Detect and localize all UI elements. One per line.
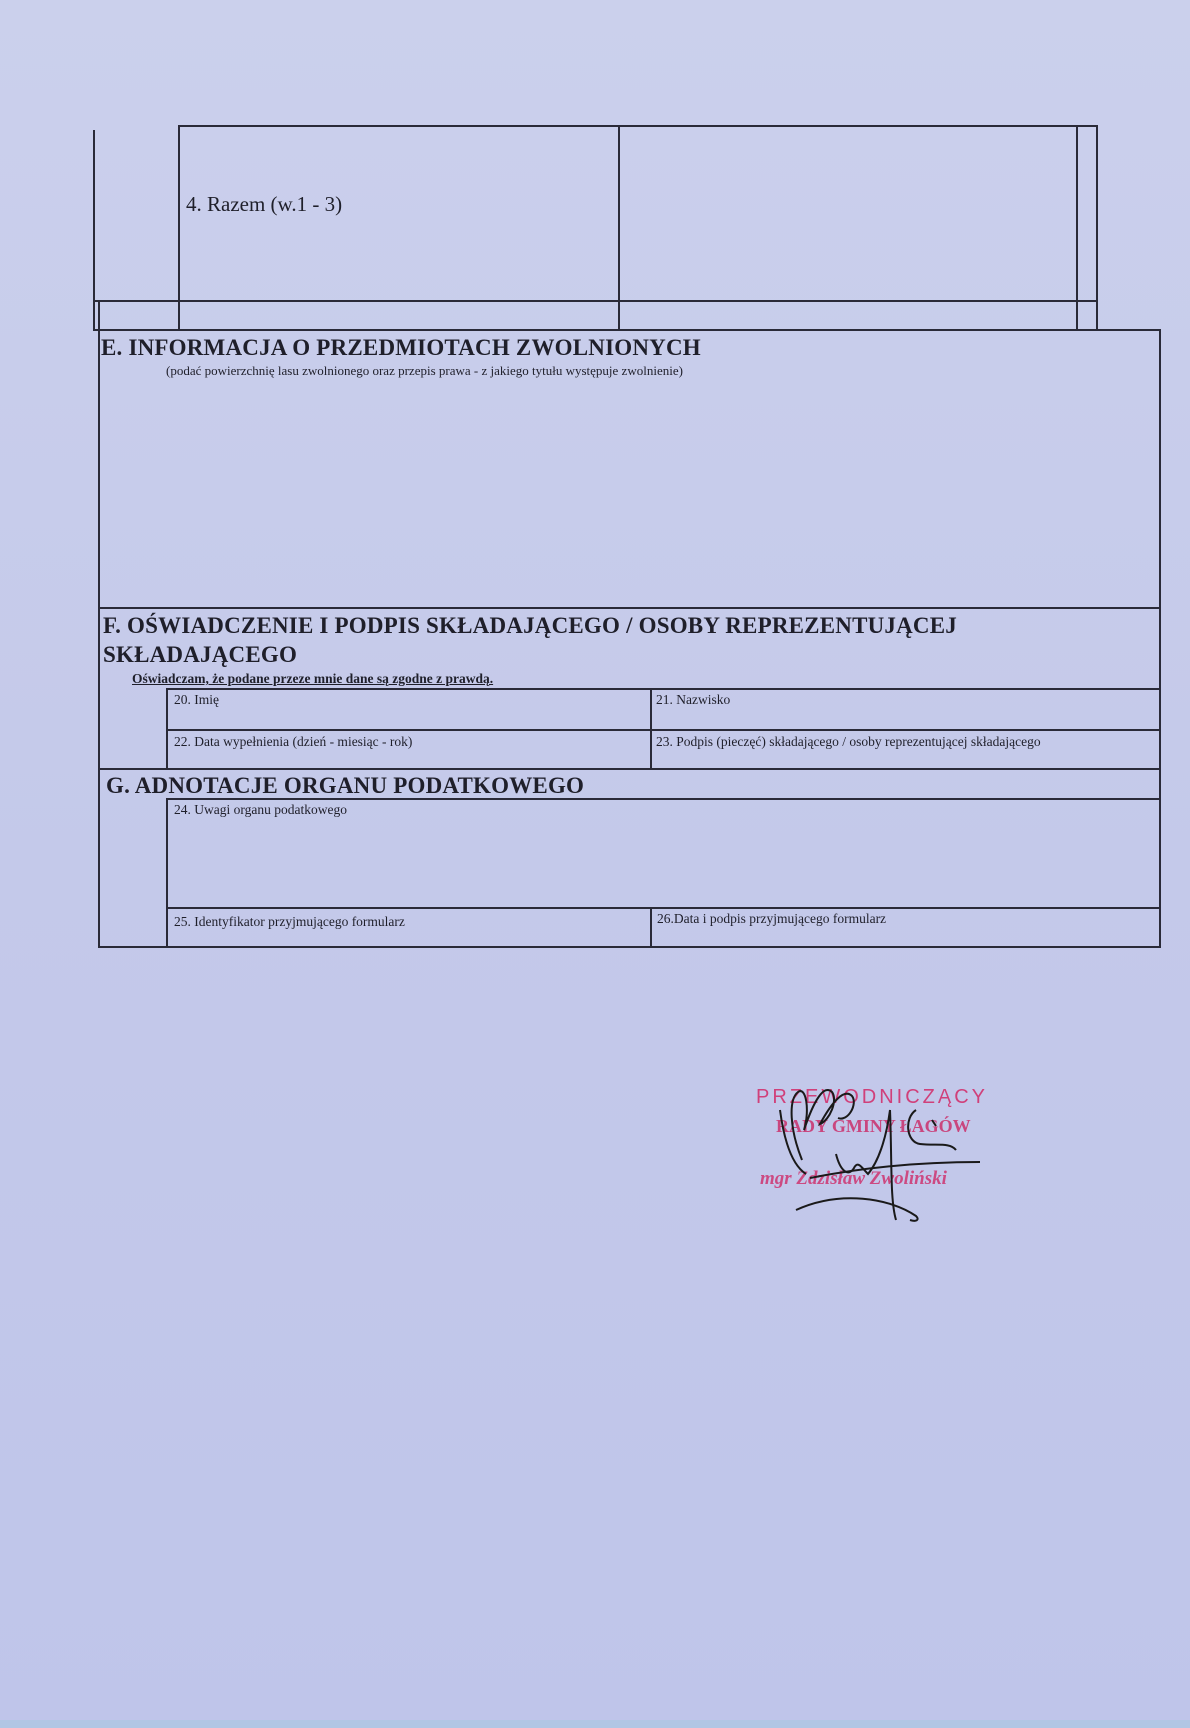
section-e-subtitle: (podać powierzchnię lasu zwolnionego ora… <box>166 363 683 379</box>
table-border <box>93 300 1098 302</box>
section-e-input-area[interactable] <box>104 385 1154 605</box>
section-g-title: G. ADNOTACJE ORGANU PODATKOWEGO <box>106 773 584 799</box>
section-f-title-line2: SKŁADAJĄCEGO <box>103 642 297 668</box>
field-imie[interactable]: 20. Imię <box>168 690 648 728</box>
field-nazwisko[interactable]: 21. Nazwisko <box>652 690 1158 728</box>
field-data-wypelnienia[interactable]: 22. Data wypełnienia (dzień - miesiąc - … <box>168 731 648 767</box>
field-uwagi[interactable]: 24. Uwagi organu podatkowego <box>168 800 1158 906</box>
razem-label: 4. Razem (w.1 - 3) <box>186 192 342 217</box>
field-identyfikator[interactable]: 25. Identyfikator przyjmującego formular… <box>168 909 648 945</box>
scan-artifact <box>0 1720 1190 1728</box>
form-border <box>98 768 1161 770</box>
field-podpis-skladajacego[interactable]: 23. Podpis (pieczęć) składającego / osob… <box>652 731 1158 767</box>
table-border <box>178 125 1096 127</box>
field-data-wypelnienia-label: 22. Data wypełnienia (dzień - miesiąc - … <box>174 734 412 750</box>
official-stamp: PRZEWODNICZĄCY RADY GMINY ŁAGÓW mgr Zdzi… <box>740 1070 1040 1230</box>
handwritten-signature-icon <box>740 1070 1040 1230</box>
form-border <box>1159 329 1161 948</box>
form-border <box>98 300 100 948</box>
field-data-podpis-przyjmujacego[interactable]: 26.Data i podpis przyjmującego formularz <box>652 909 1158 945</box>
field-identyfikator-label: 25. Identyfikator przyjmującego formular… <box>174 914 405 930</box>
field-podpis-skladajacego-label: 23. Podpis (pieczęć) składającego / osob… <box>656 734 1041 750</box>
form-border <box>98 946 1161 948</box>
field-nazwisko-label: 21. Nazwisko <box>656 692 730 708</box>
field-imie-label: 20. Imię <box>174 692 219 708</box>
declaration-text: Oświadczam, że podane przeze mnie dane s… <box>132 671 493 687</box>
form-border <box>98 607 1161 609</box>
field-data-podpis-przyjmujacego-label: 26.Data i podpis przyjmującego formularz <box>657 911 886 927</box>
section-f-title-line1: F. OŚWIADCZENIE I PODPIS SKŁADAJĄCEGO / … <box>103 613 957 639</box>
section-e-title: E. INFORMACJA O PRZEDMIOTACH ZWOLNIONYCH <box>101 335 701 361</box>
field-uwagi-label: 24. Uwagi organu podatkowego <box>174 802 347 818</box>
form-border <box>93 329 1161 331</box>
razem-value-cell[interactable] <box>620 140 1074 298</box>
